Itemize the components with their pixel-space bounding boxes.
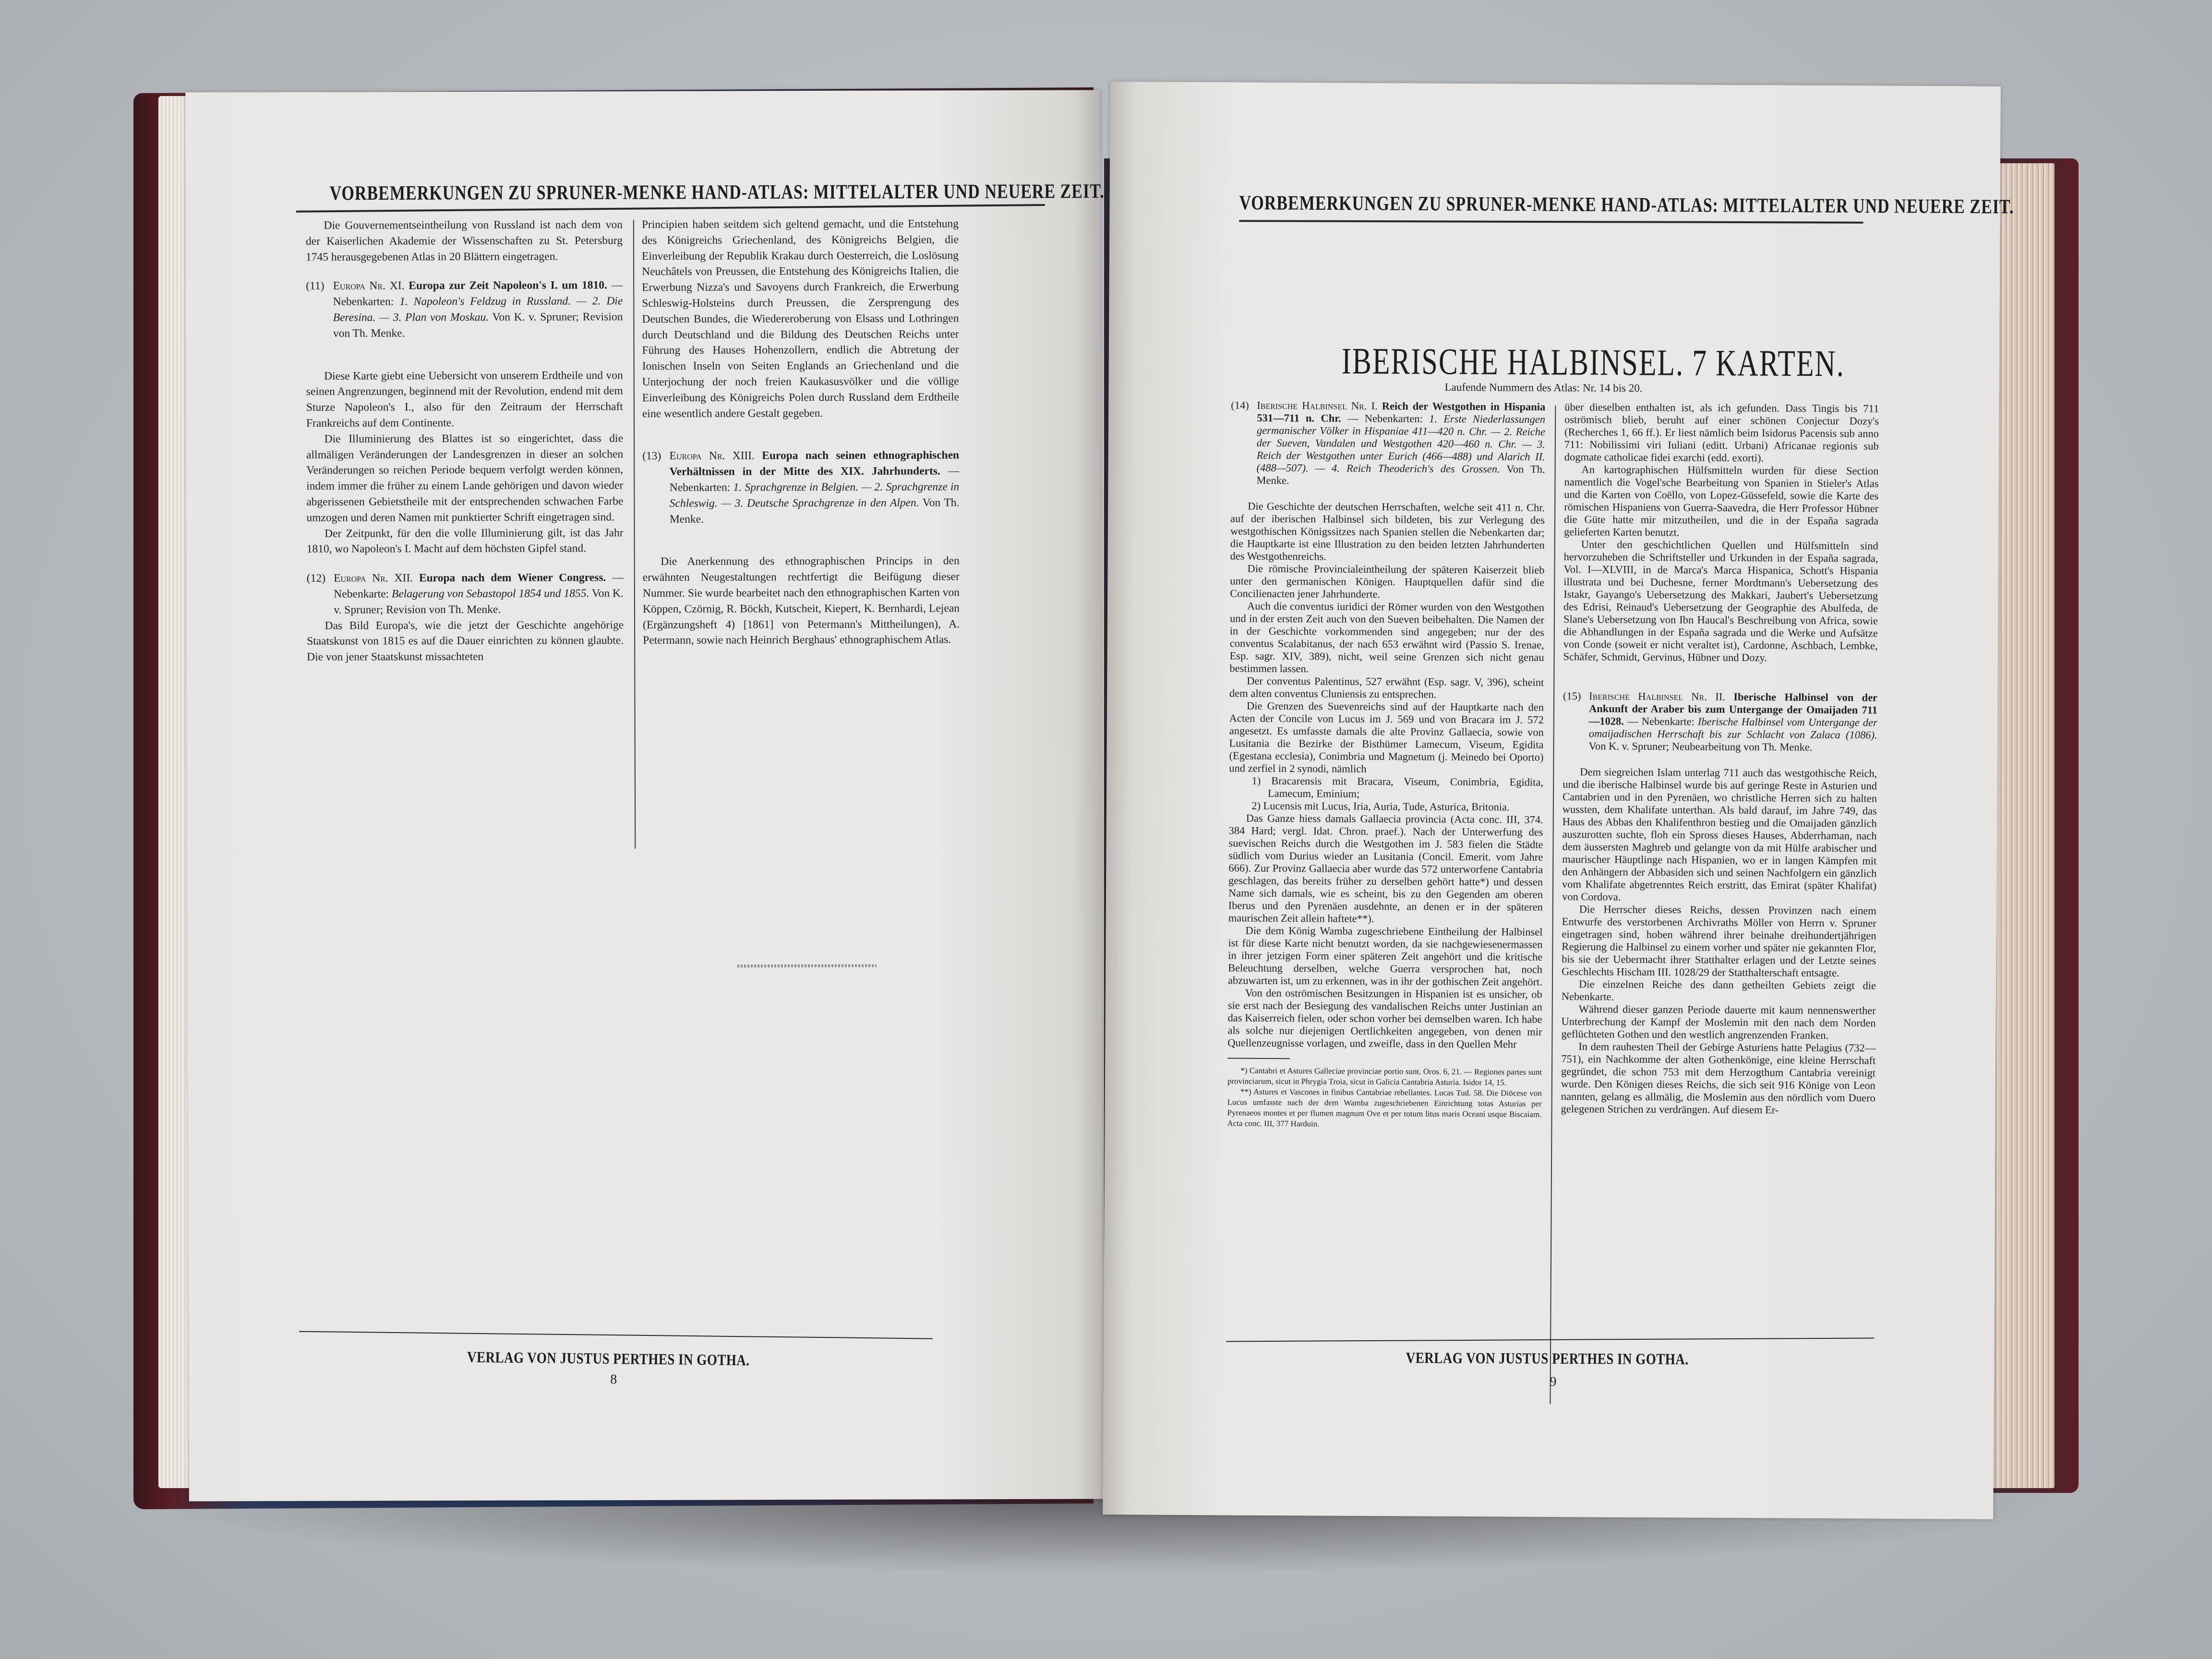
header-rule (1239, 220, 1863, 223)
paragraph: Auch die conventus iuridici der Römer wu… (1229, 600, 1544, 676)
footnote-rule (1227, 1058, 1290, 1059)
paragraph: Diese Karte giebt eine Uebersicht von un… (306, 368, 623, 432)
left-page: VORBEMERKUNGEN ZU SPRUNER-MENKE HAND-ATL… (185, 90, 1104, 1502)
paragraph: über dieselben enthalten ist, als ich ge… (1564, 401, 1879, 465)
left-column-1: Die Gouvernementseintheilung von Russlan… (306, 217, 624, 665)
publisher-footer: VERLAG VON JUSTUS PERTHES IN GOTHA. (1406, 1349, 1689, 1368)
paragraph: An kartographischen Hülfsmitteln wurden … (1564, 463, 1879, 540)
header-rule (296, 204, 1045, 213)
paragraph: Die Grenzen des Suevenreichs sind auf de… (1229, 699, 1544, 776)
paragraph: Dem siegreichen Islam unterlag 711 auch … (1562, 766, 1877, 904)
column-divider (633, 220, 636, 849)
column-divider (1550, 406, 1556, 1404)
section-ornament (737, 964, 877, 968)
footnote: **) Astures et Vascones in finibus Canta… (1227, 1086, 1541, 1130)
paragraph: Der conventus Palentinus, 527 erwähnt (E… (1229, 674, 1544, 701)
paragraph: Die Geschichte der deutschen Herrschafte… (1230, 500, 1545, 564)
map-entry-14: (14) Iberische Halbinsel Nr. I. Reich de… (1230, 399, 1545, 488)
paragraph: Während dieser ganzen Periode dauerte mi… (1561, 1003, 1875, 1042)
footer-rule (299, 1331, 933, 1339)
left-column-2: Principien haben seitdem sich geltend ge… (642, 216, 960, 649)
paragraph: Die Anerkennung des ethnographischen Pri… (643, 553, 960, 649)
paragraph: Das Bild Europa's, wie die jetzt der Ges… (307, 617, 624, 665)
paragraph: In dem rauhesten Theil der Gebirge Astur… (1561, 1040, 1876, 1117)
list-item: 2) Lucensis mit Lucus, Iria, Auria, Tude… (1229, 799, 1543, 813)
running-head: VORBEMERKUNGEN ZU SPRUNER-MENKE HAND-ATL… (1239, 192, 2014, 219)
page-number: 8 (610, 1372, 617, 1387)
paragraph: Die Gouvernementseintheilung von Russlan… (306, 217, 623, 265)
paragraph: Die römische Provincialeintheilung der s… (1230, 562, 1544, 601)
paragraph: Die Illuminierung des Blattes ist so ein… (306, 431, 624, 526)
running-head: VORBEMERKUNGEN ZU SPRUNER-MENKE HAND-ATL… (330, 180, 1105, 205)
map-entry-11: (11) Europa Nr. XI. Europa zur Zeit Napo… (306, 278, 623, 342)
paragraph: Das Ganze hiess damals Gallaecia provinc… (1228, 812, 1543, 926)
paragraph: Der Zeitpunkt, für den die volle Illumin… (307, 525, 624, 557)
publisher-footer: VERLAG VON JUSTUS PERTHES IN GOTHA. (467, 1348, 750, 1370)
paragraph: Die Herrscher dieses Reichs, dessen Prov… (1562, 903, 1876, 979)
page-number: 9 (1550, 1374, 1557, 1390)
map-entry-12: (12) Europa Nr. XII. Europa nach dem Wie… (307, 570, 624, 618)
list-item: 1) Bracarensis mit Bracara, Viseum, Coni… (1229, 774, 1543, 801)
right-page: VORBEMERKUNGEN ZU SPRUNER-MENKE HAND-ATL… (1103, 82, 2001, 1519)
footnotes: *) Cantabri et Astures Galleciae provinc… (1227, 1065, 1542, 1130)
paragraph: Von den oströmischen Besitzungen in Hisp… (1227, 986, 1542, 1050)
footnote: *) Cantabri et Astures Galleciae provinc… (1227, 1065, 1542, 1088)
right-column-1: (14) Iberische Halbinsel Nr. I. Reich de… (1227, 399, 1545, 1130)
map-entry-13: (13) Europa Nr. XIII. Europa nach seinen… (642, 448, 959, 528)
paragraph: Die dem König Wamba zugeschriebene Einth… (1228, 924, 1543, 988)
paragraph: Principien haben seitdem sich geltend ge… (642, 216, 959, 421)
section-title: IBERISCHE HALBINSEL. 7 KARTEN. (1342, 340, 1845, 385)
right-column-2: über dieselben enthalten ist, als ich ge… (1561, 401, 1879, 1117)
section-subtitle: Laufende Nummern des Atlas: Nr. 14 bis 2… (1444, 381, 1642, 395)
paragraph: Die einzelnen Reiche des dann getheilten… (1562, 978, 1876, 1004)
paragraph: Unter den geschichtlichen Quellen und Hü… (1563, 538, 1878, 664)
map-entry-15: (15) Iberische Halbinsel Nr. II. Iberisc… (1563, 690, 1878, 754)
